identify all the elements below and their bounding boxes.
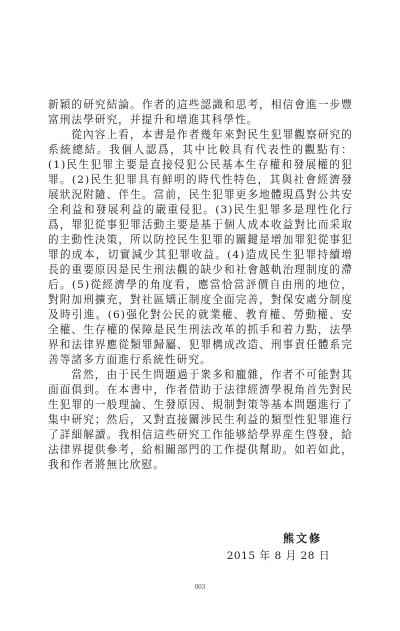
paragraph-1: 新穎的研究結論。作者的這些認識和思考，相信會進一步豐富刑法學研究，并提升和增進其… bbox=[48, 98, 353, 128]
paragraph-3: 當然，由于民生問題過于衆多和龐雜，作者不可能對其面面俱到。在本書中，作者借助于法… bbox=[48, 368, 353, 473]
body-text: 新穎的研究結論。作者的這些認識和思考，相信會進一步豐富刑法學研究，并提升和增進其… bbox=[48, 98, 353, 473]
signature-name: 熊文修 bbox=[283, 530, 322, 546]
document-page: 新穎的研究結論。作者的這些認識和思考，相信會進一步豐富刑法學研究，并提升和增進其… bbox=[0, 0, 400, 631]
paragraph-2: 從內容上看，本書是作者幾年來對民生犯罪觀察研究的系統總結。我個人認爲，其中比較具… bbox=[48, 128, 353, 368]
signature-date: 2015 年 8 月 28 日 bbox=[227, 548, 330, 563]
page-number: 003 bbox=[0, 583, 400, 591]
